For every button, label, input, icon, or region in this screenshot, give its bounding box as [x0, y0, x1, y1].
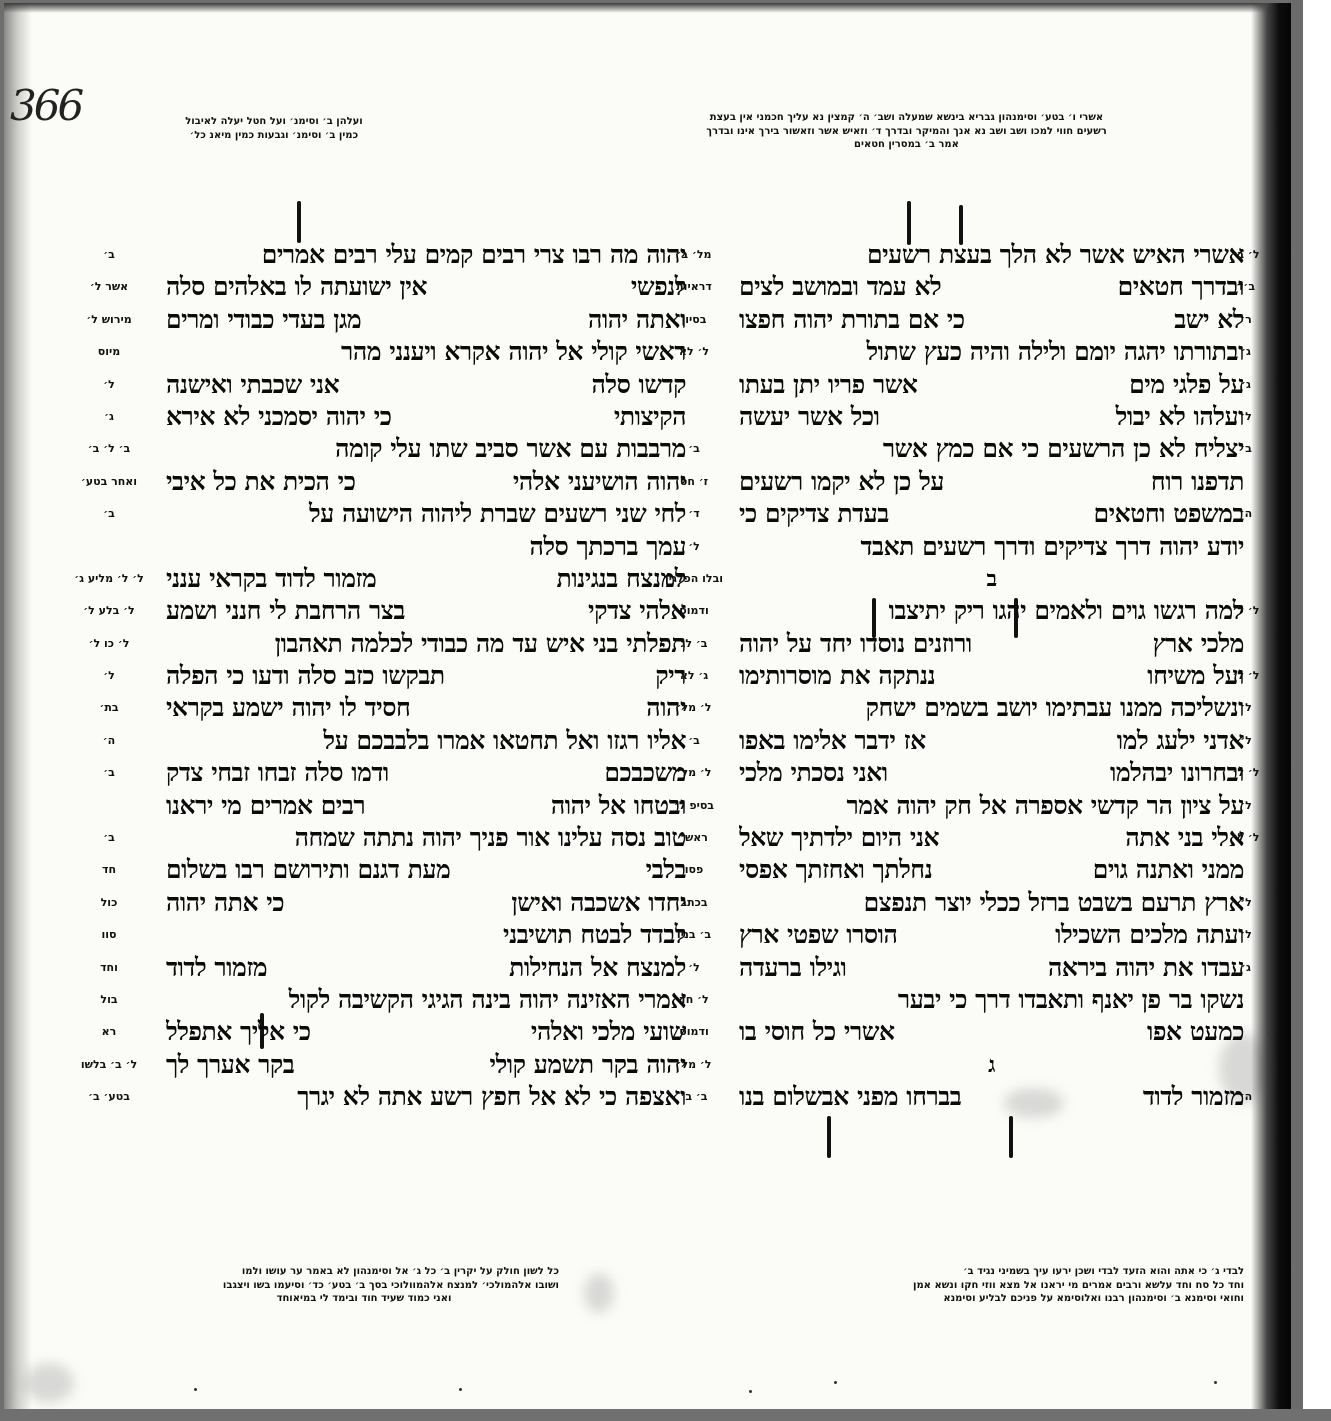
masora-parva-note: ר׳	[1226, 304, 1266, 336]
text-line: ובחרונו יבהלמוואני נסכתי מלכי	[739, 757, 1244, 789]
masora-parva-note: ב׳ בניו	[664, 919, 724, 951]
text-line: ובתורתו יהגה יומם ולילה והיה כעץ שתול	[739, 336, 1244, 368]
masora-parva-note	[1226, 984, 1266, 1016]
text-column-right: אשרי האיש אשר לא הלך בעצת רשעיםובדרך חטא…	[739, 239, 1244, 1114]
masora-parva-note: ב׳ ב׳	[664, 1081, 724, 1113]
text-segment: יהוה מה רבו צרי רבים קמים עלי רבים אמרים	[262, 239, 686, 271]
text-line: תדפנו רוחעל כן לא יקמו רשעים	[739, 466, 1244, 498]
text-segment: ואצפה כי לא אל חפץ רשע אתה לא יגרך	[297, 1081, 686, 1113]
text-line: ואתה יהוהמגן בעדי כבודי ומרים	[166, 304, 686, 336]
masora-parva-note: כול	[59, 887, 159, 919]
masora-parva-note	[1226, 1049, 1266, 1081]
text-segment: תבקשו כזב סלה ודעו כי הפלה	[166, 660, 445, 692]
text-line: יצליח לא כן הרשעים כי אם כמץ אשר	[739, 433, 1244, 465]
text-segment: עבדו את יהוה ביראה	[1048, 952, 1244, 984]
text-line: אדני ילעג למואז ידבר אלימו באפו	[739, 725, 1244, 757]
masora-parva-note: ב׳ד	[1226, 271, 1266, 303]
text-segment: יחדו אשכבה ואישן	[511, 887, 686, 919]
lamed-ascender	[297, 201, 301, 243]
text-line: ג	[739, 1049, 1244, 1081]
masora-magna-top-left: ועלהן ב׳ וסימנ׳ ועל חטל יעלה לאיבול כמין…	[154, 115, 394, 142]
page-edge-shadow-left	[4, 3, 32, 1409]
masora-parva-note: ב׳	[59, 239, 159, 271]
masora-parva-note: בסיון	[664, 304, 724, 336]
masora-parva-note	[664, 401, 724, 433]
masora-parva-note: ל׳	[1226, 887, 1266, 919]
text-line: יהוהחסיד לו יהוה ישמע בקראי	[166, 692, 686, 724]
text-line: ועלהו לא יבולוכל אשר יעשה	[739, 401, 1244, 433]
masora-parva-note: ודמוס	[664, 1016, 724, 1048]
masora-parva-note: ה׳	[1226, 498, 1266, 530]
masora-line: כל לשון חולק על יקרין ב׳ כל ג׳ אל וסימנה…	[169, 1265, 559, 1279]
masora-parva-note: ל׳ ל׳	[1226, 822, 1266, 854]
masora-parva-note: ל׳ מל׳	[664, 757, 724, 789]
masora-parva-note: ב׳ ל׳ ב׳	[59, 433, 159, 465]
masora-parva-note: ל׳	[59, 660, 159, 692]
text-segment: ובחרונו יבהלמו	[1110, 757, 1244, 789]
text-segment: למנצח אל הנחילות	[509, 952, 686, 984]
masora-parva-note	[59, 790, 159, 822]
text-segment: מעת דגנם ותירושם רבו בשלום	[166, 854, 450, 886]
masora-parva-note: אשר ל׳	[59, 271, 159, 303]
text-column-left: יהוה מה רבו צרי רבים קמים עלי רבים אמרים…	[166, 239, 686, 1114]
masora-parva-note: ל׳ מל׳	[664, 1049, 724, 1081]
scan-margin-right	[1303, 0, 1331, 1421]
text-segment: עמך ברכתך סלה	[529, 531, 686, 563]
text-segment: במשפט וחטאים	[1094, 498, 1244, 530]
masora-parva-note: בול	[59, 984, 159, 1016]
masora-parva-note: בכתב	[664, 887, 724, 919]
masora-line: וחואי וסימנא ב׳ וסימנהון רבנו ואלוסימא ע…	[719, 1292, 1244, 1306]
text-line: אלי בני אתהאני היום ילדתיך שאל	[739, 822, 1244, 854]
page-edge-shadow-top	[4, 3, 1291, 13]
scan-border-right	[1291, 0, 1303, 1421]
text-line: יחדו אשכבה ואישןכי אתה יהוה	[166, 887, 686, 919]
masora-parva-note: ואחר בטע׳	[59, 466, 159, 498]
text-segment: אני שכבתי ואישנה	[166, 369, 339, 401]
text-line: אליו רגזו ואל תחטאו אמרו בלבבכם על	[166, 725, 686, 757]
text-segment: יהוה הושיעני אלהי	[513, 466, 686, 498]
text-segment: ובתורתו יהגה יומם ולילה והיה כעץ שתול	[866, 336, 1244, 368]
masora-parva-note	[1226, 1016, 1266, 1048]
lamed-ascender	[1009, 1116, 1013, 1158]
text-line: יודע יהוה דרך צדיקים ודרך רשעים תאבד	[739, 531, 1244, 563]
masora-parva-note: פסו	[664, 854, 724, 886]
text-segment: ממני ואתנה גוים	[1093, 854, 1244, 886]
masora-parva-note: דראיות	[664, 271, 724, 303]
masora-line: ואני כמוד שעיד חוד ובימד לי במיאוחד	[169, 1292, 559, 1306]
masora-parva-note: ל׳ חד	[664, 984, 724, 1016]
masora-parva-note: ל׳	[1226, 725, 1266, 757]
text-line: קדשו סלהאני שכבתי ואישנה	[166, 369, 686, 401]
text-segment: יהוה בקר תשמע קולי	[490, 1049, 686, 1081]
text-line: שועי מלכי ואלהיכי אליך אתפלל	[166, 1016, 686, 1048]
text-segment: לא עמד ובמושב לצים	[739, 271, 941, 303]
text-line: למנצח אל הנחילותמזמור לדוד	[166, 952, 686, 984]
masora-parva-note: ב׳	[59, 757, 159, 789]
masora-parva-note: ה׳	[1226, 1081, 1266, 1113]
text-line: טוב נסה עלינו אור פניך יהוה נתתה שמחה	[166, 822, 686, 854]
text-line: לבדד לבטח תושיבני	[166, 919, 686, 951]
masora-parva-note: וחד	[59, 952, 159, 984]
text-segment: ננתקה את מוסרותימו	[739, 660, 935, 692]
text-segment: מגן בעדי כבודי ומרים	[166, 304, 361, 336]
masora-parva-note: בת׳	[59, 692, 159, 724]
text-line: ובדרך חטאיםלא עמד ובמושב לצים	[739, 271, 1244, 303]
text-line: מרבבות עם אשר סביב שתו עלי קומה	[166, 433, 686, 465]
masora-parva-note	[1226, 563, 1266, 595]
text-line: ריקתבקשו כזב סלה ודעו כי הפלה	[166, 660, 686, 692]
text-segment: מזמור לדוד בקראי ענני	[166, 563, 376, 595]
text-segment: ודמו סלה זבחו זבחי צדק	[166, 757, 389, 789]
text-segment: אדני ילעג למו	[1117, 725, 1244, 757]
text-line: תפלתי בני איש עד מה כבודי לכלמה תאהבון	[166, 628, 686, 660]
text-segment: ורוזנים נוסדו יחד על יהוה	[739, 628, 972, 660]
text-line: נשקו בר פן יאנף ותאבדו דרך כי יבער	[739, 984, 1244, 1016]
speck	[834, 1381, 837, 1384]
text-line: על פלגי מיםאשר פריו יתן בעתו	[739, 369, 1244, 401]
masora-parva-note: ל׳ כו ל׳	[59, 628, 159, 660]
masora-parva-note: ה׳	[59, 725, 159, 757]
masora-magna-bottom-left: כל לשון חולק על יקרין ב׳ כל ג׳ אל וסימנה…	[169, 1265, 559, 1306]
masora-parva-note	[1226, 466, 1266, 498]
text-segment: על ציון הר קדשי אספרה אל חק יהוה אמר	[846, 790, 1244, 822]
lamed-ascender	[827, 1116, 831, 1158]
text-line: למנצח בנגינותמזמור לדוד בקראי ענני	[166, 563, 686, 595]
speck	[1214, 1381, 1217, 1384]
masora-line: ושובו אלהמולכי׳ למנצח אלהמוולוכי בסך ב׳ …	[169, 1279, 559, 1293]
text-line: משכבכםודמו סלה זבחו זבחי צדק	[166, 757, 686, 789]
text-line: לחי שני רשעים שברת ליהוה הישועה על	[166, 498, 686, 530]
text-line: אלהי צדקיבצר הרחבת לי חנני ושמע	[166, 595, 686, 627]
masora-parva-note: ל׳ בלע ל׳	[59, 595, 159, 627]
masora-parva-note: ל׳	[1226, 401, 1266, 433]
text-line: כמעט אפואשרי כל חוסי בו	[739, 1016, 1244, 1048]
text-line: אשרי האיש אשר לא הלך בעצת רשעים	[739, 239, 1244, 271]
masora-parva-note: מל׳ ב׳	[664, 239, 724, 271]
masora-parva-note: ג׳	[1226, 952, 1266, 984]
text-segment: תפלתי בני איש עד מה כבודי לכלמה תאהבון	[275, 628, 686, 660]
text-line: לנפשיאין ישועתה לו באלהים סלה	[166, 271, 686, 303]
masora-parva-note	[1226, 854, 1266, 886]
masora-parva-note: ג׳	[59, 401, 159, 433]
masora-line: אשרי ו׳ בטע׳ וסימנהון גבריא בינשא שמעלה …	[534, 111, 1279, 125]
text-segment: ונשליכה ממנו עבתימו יושב בשמים ישחק	[866, 692, 1244, 724]
text-line: ועתה מלכים השכילוהוסרו שפטי ארץ	[739, 919, 1244, 951]
text-segment: כי אם בתורת יהוה חפצו	[739, 304, 965, 336]
masora-parva-note: ב׳	[59, 498, 159, 530]
masora-parva-note: ז׳ חס	[664, 466, 724, 498]
text-segment: כי אליך אתפלל	[166, 1016, 311, 1048]
masora-parva-note: ב׳	[59, 822, 159, 854]
text-segment: כי יהוה יסמכני לא אירא	[166, 401, 392, 433]
text-segment: בצר הרחבת לי חנני ושמע	[166, 595, 405, 627]
text-line: אמרי האזינה יהוה בינה הגיגי הקשיבה לקול	[166, 984, 686, 1016]
masora-parva-note: ובלו הפלגין	[664, 563, 724, 595]
text-segment: ועתה מלכים השכילו	[1055, 919, 1244, 951]
text-segment: אמרי האזינה יהוה בינה הגיגי הקשיבה לקול	[289, 984, 686, 1016]
text-segment: וגילו ברעדה	[739, 952, 846, 984]
text-segment: כי אתה יהוה	[166, 887, 284, 919]
masora-parva-note: ג׳	[1226, 369, 1266, 401]
masora-parva-note: ב׳	[1226, 433, 1266, 465]
masora-parva-note: סוו	[59, 919, 159, 951]
text-segment: נחלתך ואחזתך אפסי	[739, 854, 932, 886]
text-segment: אשר פריו יתן בעתו	[739, 369, 918, 401]
text-line: הקיצותיכי יהוה יסמכני לא אירא	[166, 401, 686, 433]
masora-parva-note: ב׳ לג	[664, 628, 724, 660]
text-line: ממני ואתנה גויםנחלתך ואחזתך אפסי	[739, 854, 1244, 886]
text-segment: ואני נסכתי מלכי	[739, 757, 888, 789]
text-segment: אשרי כל חוסי בו	[739, 1016, 895, 1048]
text-line: ארץ תרעם בשבט ברזל ככלי יוצר תנפצם	[739, 887, 1244, 919]
text-segment: ועלהו לא יבול	[1116, 401, 1244, 433]
masora-line: רשעים חווי למכו ושב ושב נא אנך והמיקר וב…	[534, 125, 1279, 139]
masora-line: לבדי ג׳ כי אתה והוא הזעד לבדי ושכן ירעו …	[719, 1265, 1244, 1279]
masora-parva-note: רא	[59, 1016, 159, 1048]
masora-parva-note: ל׳	[664, 952, 724, 984]
text-line: מלכי ארץורוזנים נוסדו יחד על יהוה	[739, 628, 1244, 660]
masora-parva-note: ל׳ ל׳	[1226, 595, 1266, 627]
text-line: למה רגשו גוים ולאמים יהגו ריק יתיצבו	[739, 595, 1244, 627]
masora-line: וחד כל סח וחד עלשא ורבים אמרים מי יראנו …	[719, 1279, 1244, 1293]
masora-parva-middle: מל׳ ב׳דראיותבסיוןל׳ לאב׳ז׳ חסד׳ל׳ובלו הפ…	[664, 239, 724, 1114]
masora-parva-note	[59, 531, 159, 563]
stain	[24, 1363, 74, 1403]
text-line: ב	[739, 563, 1244, 595]
text-line: על ציון הר קדשי אספרה אל חק יהוה אמר	[739, 790, 1244, 822]
text-segment: שועי מלכי ואלהי	[531, 1016, 686, 1048]
text-segment: ג	[988, 1049, 995, 1081]
text-line: לא ישבכי אם בתורת יהוה חפצו	[739, 304, 1244, 336]
text-segment: ארץ תרעם בשבט ברזל ככלי יוצר תנפצם	[864, 887, 1244, 919]
text-segment: אז ידבר אלימו באפו	[739, 725, 926, 757]
text-segment: אשרי האיש אשר לא הלך בעצת רשעים	[867, 239, 1244, 271]
masora-parva-note: ל׳ ב׳ בלשו	[59, 1049, 159, 1081]
text-line: במשפט וחטאיםבעדת צדיקים כי	[739, 498, 1244, 530]
masora-parva-note: ל׳	[664, 531, 724, 563]
text-segment: בברחו מפני אבשלום בנו	[739, 1081, 961, 1113]
speck	[749, 1390, 752, 1393]
masora-parva-note: בסיפ ל׳	[664, 790, 724, 822]
text-segment: אליו רגזו ואל תחטאו אמרו בלבבכם על	[323, 725, 686, 757]
text-segment: מזמור לדוד	[166, 952, 267, 984]
text-segment: רבים אמרים מי יראנו	[166, 790, 365, 822]
masora-parva-note: חד	[59, 854, 159, 886]
text-segment: מרבבות עם אשר סביב שתו עלי קומה	[335, 433, 686, 465]
text-segment: למה רגשו גוים ולאמים יהגו ריק יתיצבו	[889, 595, 1244, 627]
scan-border-bottom	[0, 1409, 1331, 1421]
masora-parva-note: ד׳	[664, 498, 724, 530]
text-line: בלבימעת דגנם ותירושם רבו בשלום	[166, 854, 686, 886]
text-line: ובטחו אל יהוהרבים אמרים מי יראנו	[166, 790, 686, 822]
text-line: מזמור לדודבברחו מפני אבשלום בנו	[739, 1081, 1244, 1113]
masora-parva-note	[1226, 628, 1266, 660]
text-segment: כי הכית את כל איבי	[166, 466, 355, 498]
text-segment: אני היום ילדתיך שאל	[739, 822, 939, 854]
speck	[194, 1388, 197, 1391]
text-segment: על כן לא יקמו רשעים	[739, 466, 944, 498]
masora-parva-note: ג׳	[1226, 336, 1266, 368]
masora-parva-note: ל׳	[1226, 790, 1266, 822]
text-segment: יצליח לא כן הרשעים כי אם כמץ אשר	[883, 433, 1244, 465]
masora-parva-note: ג׳ לא	[664, 660, 724, 692]
speck	[459, 1388, 462, 1391]
masora-parva-note: מירוש ל׳	[59, 304, 159, 336]
text-line: ונשליכה ממנו עבתימו יושב בשמים ישחק	[739, 692, 1244, 724]
text-segment: הוסרו שפטי ארץ	[739, 919, 897, 951]
text-line: עבדו את יהוה ביראהוגילו ברעדה	[739, 952, 1244, 984]
text-segment: לבדד לבטח תושיבני	[503, 919, 686, 951]
text-line: ואצפה כי לא אל חפץ רשע אתה לא יגרך	[166, 1081, 686, 1113]
text-line: ראשי קולי אל יהוה אקרא ויענני מהר	[166, 336, 686, 368]
masora-parva-note: ל׳ לא	[664, 336, 724, 368]
masora-parva-note: ל׳ מל׳	[664, 692, 724, 724]
masora-parva-note: ל׳ ל׳ מליע ג׳	[59, 563, 159, 595]
text-segment: בעדת צדיקים כי	[739, 498, 889, 530]
text-segment: חסיד לו יהוה ישמע בקראי	[166, 692, 410, 724]
masora-parva-note: ראש׳	[664, 822, 724, 854]
masora-magna-bottom-right: לבדי ג׳ כי אתה והוא הזעד לבדי ושכן ירעו …	[719, 1265, 1244, 1306]
masora-parva-note	[1226, 531, 1266, 563]
masora-parva-note: ל׳ ל׳	[1226, 757, 1266, 789]
masora-parva-outer-right: ל׳ ב׳ב׳דר׳ג׳ג׳ל׳ב׳ה׳ל׳ ל׳ל׳ ל׳ל׳ל׳ל׳ ל׳ל…	[1226, 239, 1266, 1114]
folio-number: 366	[10, 81, 81, 130]
masora-parva-note: ל׳	[59, 369, 159, 401]
text-segment: יודע יהוה דרך צדיקים ודרך רשעים תאבד	[861, 531, 1245, 563]
text-line: עמך ברכתך סלה	[166, 531, 686, 563]
masora-magna-top-right: אשרי ו׳ בטע׳ וסימנהון גבריא בינשא שמעלה …	[534, 111, 1279, 152]
text-segment: בקר אערך לך	[166, 1049, 294, 1081]
text-segment: ראשי קולי אל יהוה אקרא ויענני מהר	[341, 336, 686, 368]
text-line: יהוה בקר תשמע קוליבקר אערך לך	[166, 1049, 686, 1081]
masora-parva-note: ב׳	[664, 433, 724, 465]
manuscript-page: 366 ועלהן ב׳ וסימנ׳ ועל חטל יעלה לאיבול …	[4, 3, 1291, 1409]
stain	[584, 1273, 614, 1313]
masora-parva-note: ל׳	[1226, 919, 1266, 951]
masora-parva-note: ל׳	[1226, 692, 1266, 724]
masora-parva-note: ל׳ ל׳	[1226, 660, 1266, 692]
text-segment: אין ישועתה לו באלהים סלה	[166, 271, 427, 303]
masora-parva-outer-left: ב׳אשר ל׳מירוש ל׳מיוסל׳ג׳ב׳ ל׳ ב׳ואחר בטע…	[59, 239, 159, 1114]
text-line: ועל משיחוננתקה את מוסרותימו	[739, 660, 1244, 692]
text-segment: לחי שני רשעים שברת ליהוה הישועה על	[309, 498, 686, 530]
text-line: יהוה מה רבו צרי רבים קמים עלי רבים אמרים	[166, 239, 686, 271]
masora-parva-note	[664, 369, 724, 401]
masora-line: כמין ב׳ וסימנ׳ וגבעות כמין מיאנ כל׳	[154, 129, 394, 143]
text-segment: וכל אשר יעשה	[739, 401, 880, 433]
text-segment: ב	[986, 563, 996, 595]
masora-parva-note: בטע׳ ב׳	[59, 1081, 159, 1113]
text-line: יהוה הושיעני אלהיכי הכית את כל איבי	[166, 466, 686, 498]
masora-parva-note: ל׳ ב׳	[1226, 239, 1266, 271]
text-segment: טוב נסה עלינו אור פניך יהוה נתתה שמחה	[295, 822, 686, 854]
masora-line: ועלהן ב׳ וסימנ׳ ועל חטל יעלה לאיבול	[154, 115, 394, 129]
masora-line: אמר ב׳ במסרין חטאים	[534, 138, 1279, 152]
masora-parva-note: ב׳	[664, 725, 724, 757]
masora-parva-note: מיוס	[59, 336, 159, 368]
masora-parva-note: ודמוס	[664, 595, 724, 627]
text-segment: נשקו בר פן יאנף ותאבדו דרך כי יבער	[898, 984, 1244, 1016]
